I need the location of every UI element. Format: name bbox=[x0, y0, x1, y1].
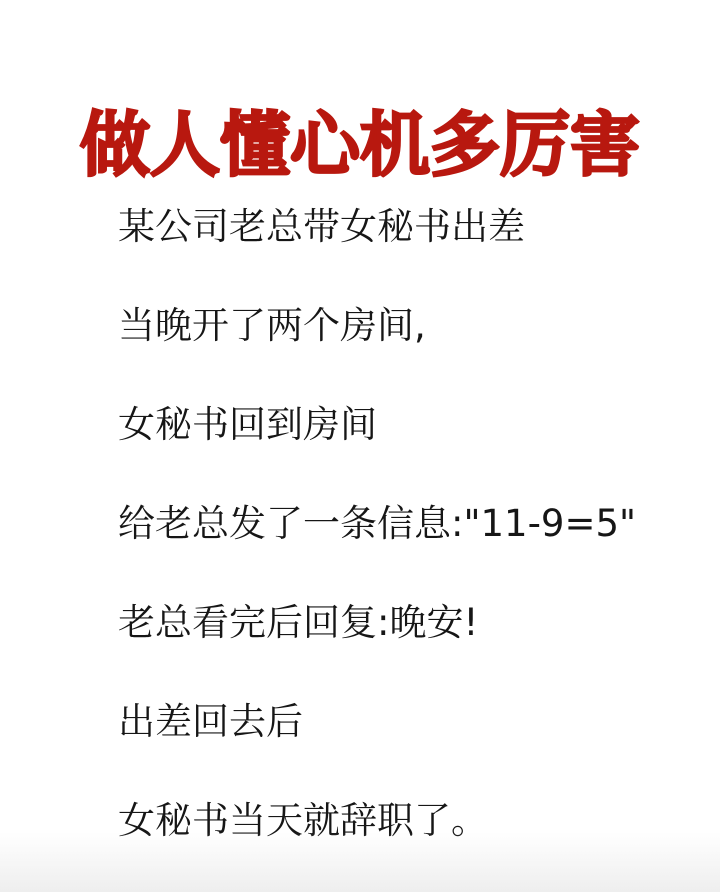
story-line-6: 出差回去后 bbox=[118, 700, 678, 744]
story-line-4: 给老总发了一条信息:"11-9=5" bbox=[118, 502, 678, 546]
story-line-7: 女秘书当天就辞职了。 bbox=[118, 799, 678, 843]
headline-title: 做人懂心机多厉害 bbox=[0, 100, 720, 190]
story-line-3: 女秘书回到房间 bbox=[118, 403, 678, 447]
story-line-1: 某公司老总带女秘书出差 bbox=[118, 205, 678, 249]
story-line-2: 当晚开了两个房间, bbox=[118, 304, 678, 348]
story-line-5: 老总看完后回复:晚安! bbox=[118, 601, 678, 645]
story-body: 某公司老总带女秘书出差 当晚开了两个房间, 女秘书回到房间 给老总发了一条信息:… bbox=[118, 205, 678, 892]
